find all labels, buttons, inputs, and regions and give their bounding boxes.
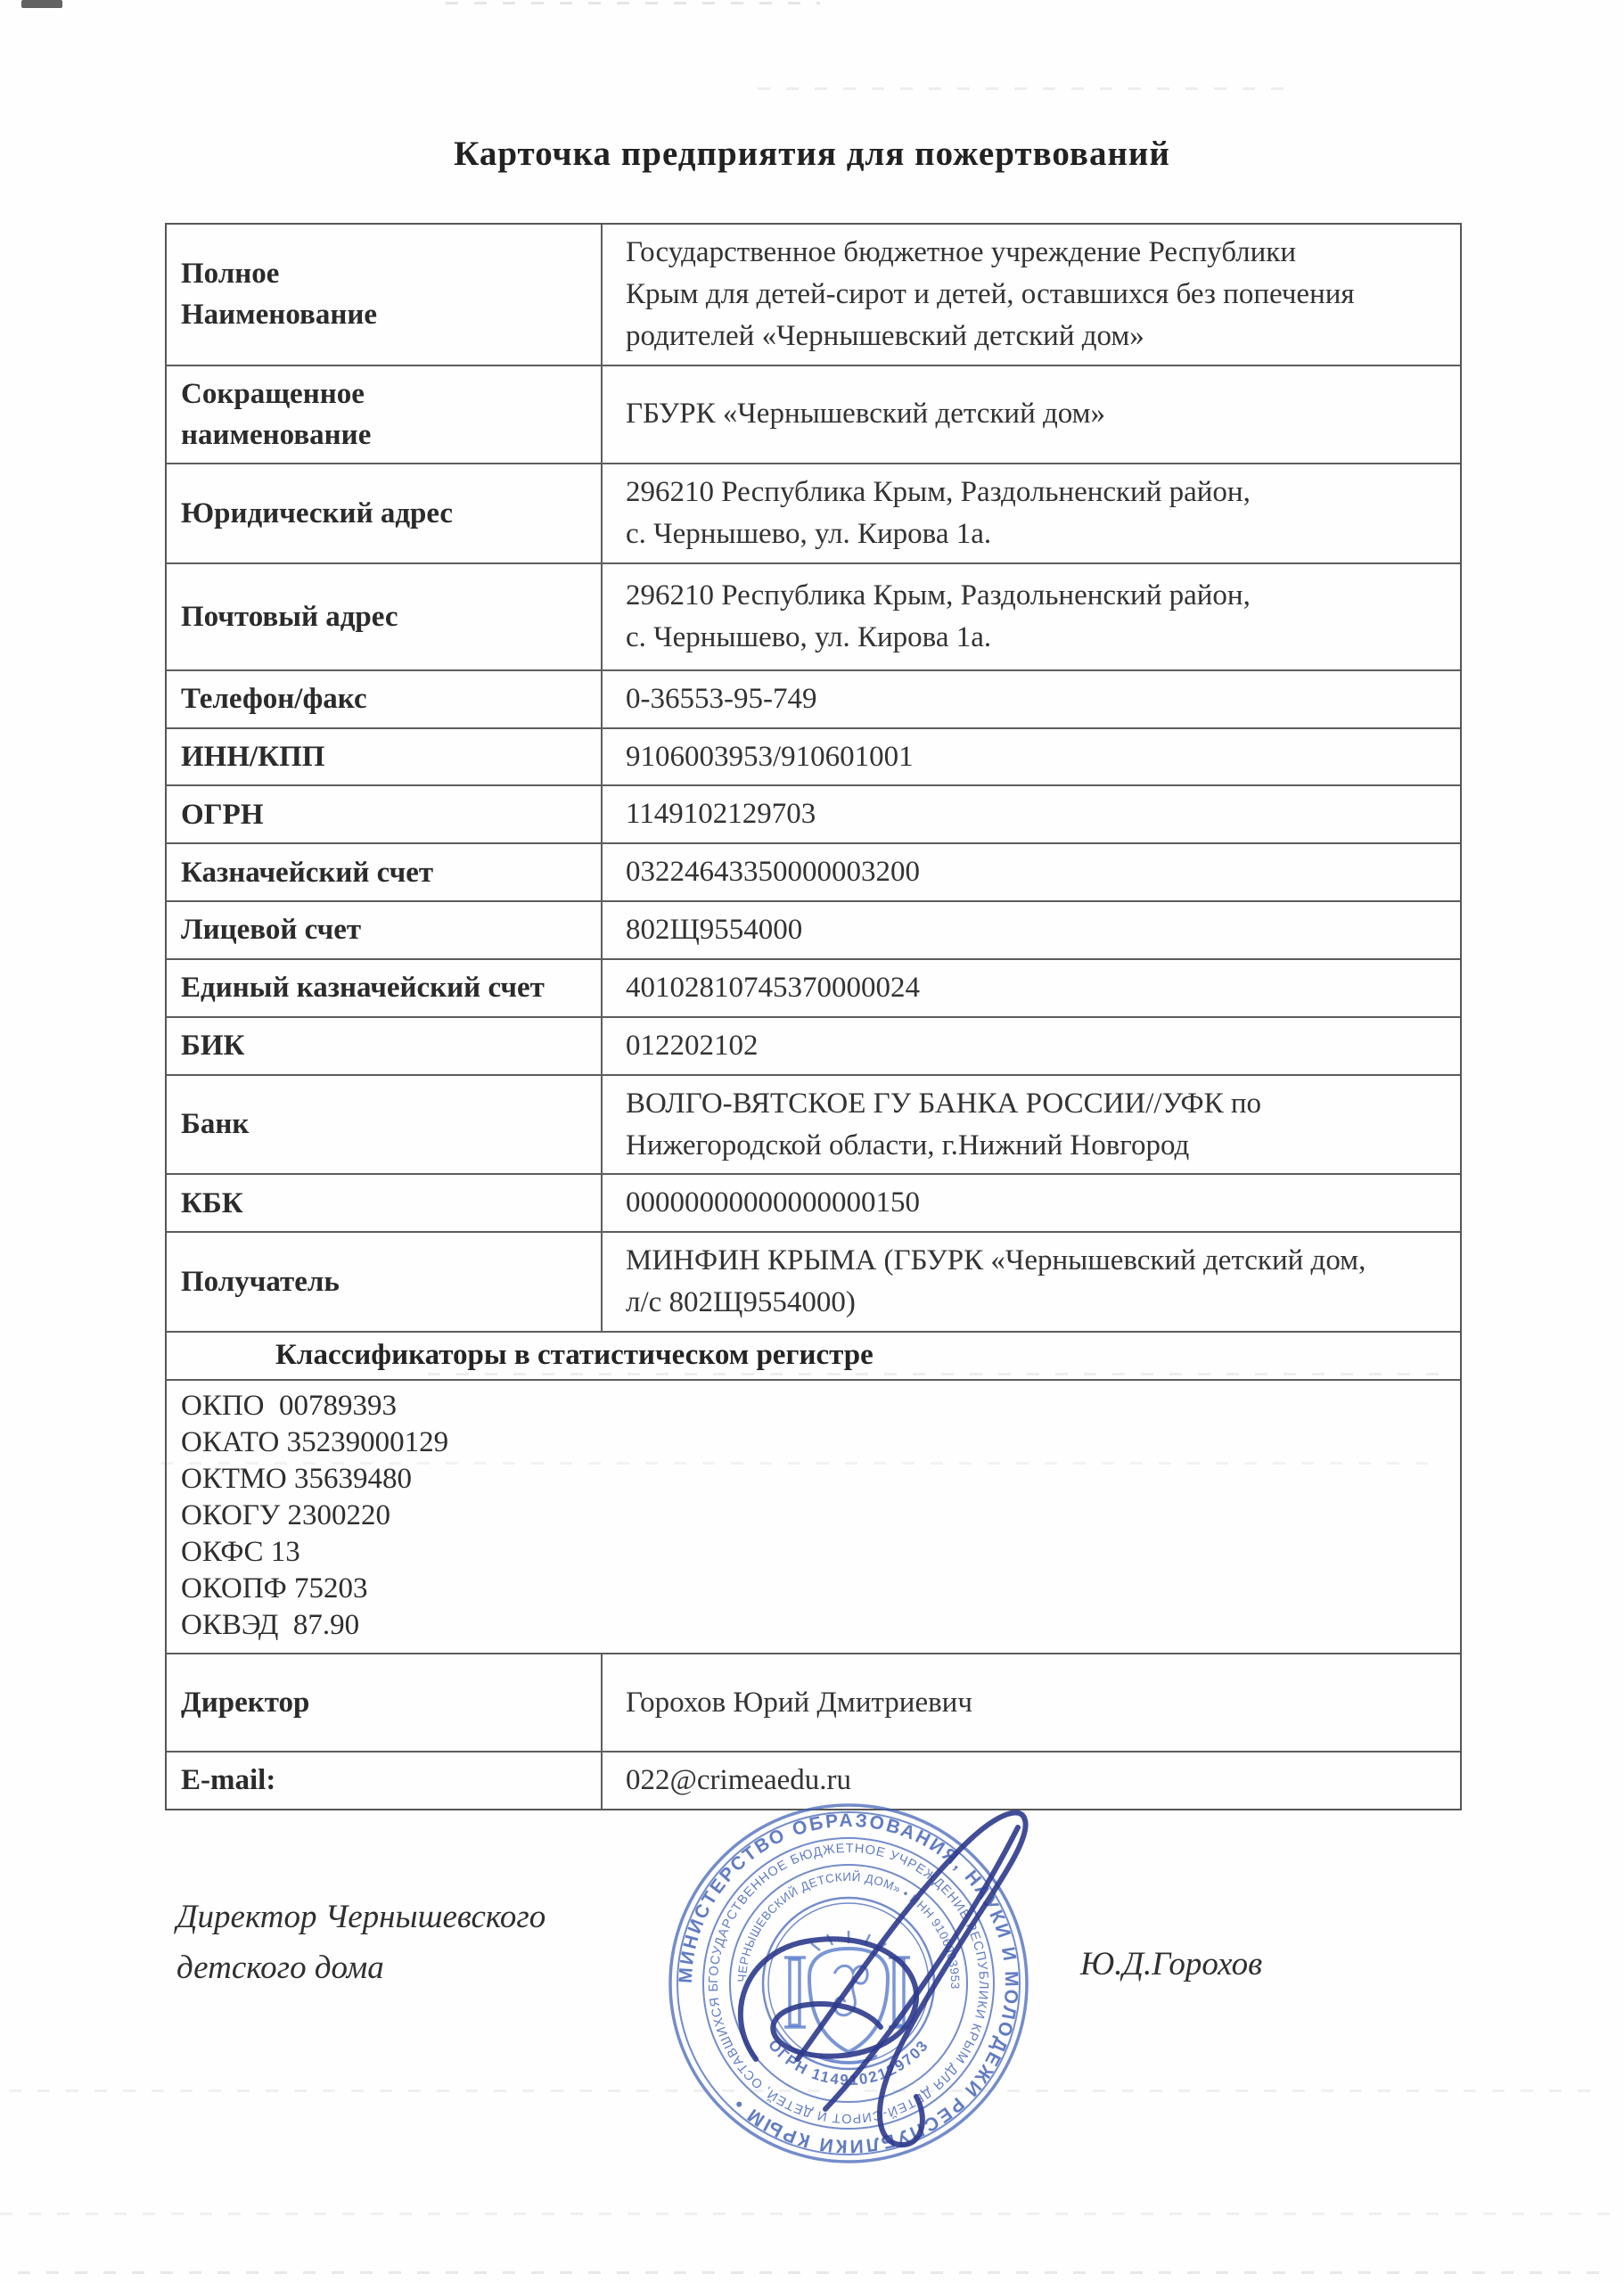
table-row-short-name: Сокращенное наименование ГБУРК «Чернышев… xyxy=(167,365,1460,463)
row-value: 03224643350000003200 xyxy=(603,844,1460,900)
value-text: 1149102129703 xyxy=(626,793,816,835)
label-text: Лицевой счет xyxy=(181,909,361,950)
signatory-title-line2: детского дома xyxy=(176,1942,545,1993)
classifier-okpo: ОКПО 00789393 xyxy=(181,1388,1451,1424)
row-value: ГБУРК «Чернышевский детский дом» xyxy=(603,366,1460,463)
row-label: Почтовый адрес xyxy=(167,564,603,669)
row-value: 802Щ9554000 xyxy=(603,902,1460,958)
row-value: 40102810745370000024 xyxy=(603,960,1460,1016)
classifiers-block: ОКПО 00789393 ОКАТО 35239000129 ОКТМО 35… xyxy=(167,1379,1460,1653)
row-value: Государственное бюджетное учреждение Рес… xyxy=(603,225,1460,365)
stamp-emblem xyxy=(784,1931,910,2063)
row-label: Единый казначейский счет xyxy=(167,960,603,1016)
value-text: 00000000000000000150 xyxy=(626,1182,920,1224)
scan-artifact xyxy=(18,2271,1604,2274)
row-label: ИНН/КПП xyxy=(167,729,603,785)
signatory-title: Директор Чернышевского детского дома xyxy=(176,1892,545,1994)
row-value: 00000000000000000150 xyxy=(603,1175,1460,1231)
classifier-okved: ОКВЭД 87.90 xyxy=(181,1607,1451,1644)
label-text: Директор xyxy=(181,1682,309,1723)
table-row-recipient: Получатель МИНФИН КРЫМА (ГБУРК «Чернышев… xyxy=(167,1231,1460,1331)
table-row-phone-fax: Телефон/факс 0-36553-95-749 xyxy=(167,669,1460,727)
table-row-director: Директор Горохов Юрий Дмитриевич xyxy=(167,1653,1460,1751)
label-text: Почтовый адрес xyxy=(181,596,398,637)
row-value: МИНФИН КРЫМА (ГБУРК «Чернышевский детски… xyxy=(603,1233,1460,1331)
scan-artifact xyxy=(758,87,1292,90)
value-text: Горохов Юрий Дмитриевич xyxy=(626,1682,972,1724)
value-text: 0-36553-95-749 xyxy=(626,678,816,720)
page-title: Карточка предприятия для пожертвований xyxy=(0,134,1624,174)
label-text: Телефон/факс xyxy=(181,678,367,719)
label-text: Получатель xyxy=(181,1261,340,1302)
value-text: 296210 Республика Крым, Раздольненский р… xyxy=(626,575,1251,659)
row-value: 9106003953/910601001 xyxy=(603,729,1460,785)
scan-ink-mark xyxy=(21,0,62,8)
classifier-okopf: ОКОПФ 75203 xyxy=(181,1571,1451,1607)
label-text: ИНН/КПП xyxy=(181,736,324,777)
row-label: Банк xyxy=(167,1076,603,1174)
signatory-title-line1: Директор Чернышевского xyxy=(176,1892,545,1942)
row-label: БИК xyxy=(167,1018,603,1074)
label-text: Банк xyxy=(181,1104,249,1145)
company-card-table: Полное Наименование Государственное бюдж… xyxy=(165,223,1462,1810)
row-label: Получатель xyxy=(167,1233,603,1331)
value-text: 9106003953/910601001 xyxy=(626,736,914,778)
label-text: ОГРН xyxy=(181,794,264,835)
row-label: ОГРН xyxy=(167,786,603,842)
table-row-legal-address: Юридический адрес 296210 Республика Крым… xyxy=(167,463,1460,562)
table-row-treasury-account: Казначейский счет 03224643350000003200 xyxy=(167,842,1460,900)
label-text: Единый казначейский счет xyxy=(181,967,545,1008)
table-row-inn-kpp: ИНН/КПП 9106003953/910601001 xyxy=(167,727,1460,785)
label-text: Сокращенное наименование xyxy=(181,373,371,456)
row-value: 296210 Республика Крым, Раздольненский р… xyxy=(603,464,1460,562)
official-stamp: МИНИСТЕРСТВО ОБРАЗОВАНИЯ, НАУКИ И МОЛОДЕ… xyxy=(615,1745,1114,2218)
stamp-rings xyxy=(670,1805,1027,2162)
classifiers-section-title: Классификаторы в статистическом регистре xyxy=(167,1334,882,1377)
table-row-bank: Банк ВОЛГО-ВЯТСКОЕ ГУ БАНКА РОССИИ//УФК … xyxy=(167,1074,1460,1174)
value-text: ГБУРК «Чернышевский детский дом» xyxy=(626,393,1105,435)
row-label: E-mail: xyxy=(167,1753,603,1809)
row-label: Директор xyxy=(167,1654,603,1751)
label-text: КБК xyxy=(181,1183,243,1224)
signatory-name: Ю.Д.Горохов xyxy=(1080,1945,1262,1983)
row-label: Юридический адрес xyxy=(167,464,603,562)
table-row-kbk: КБК 00000000000000000150 xyxy=(167,1173,1460,1231)
row-value: ВОЛГО-ВЯТСКОЕ ГУ БАНКА РОССИИ//УФК по Ни… xyxy=(603,1076,1460,1174)
row-label: Казначейский счет xyxy=(167,844,603,900)
table-row-full-name: Полное Наименование Государственное бюдж… xyxy=(167,225,1460,365)
row-label: КБК xyxy=(167,1175,603,1231)
value-text: 012202102 xyxy=(626,1025,759,1067)
value-text: ВОЛГО-ВЯТСКОЕ ГУ БАНКА РОССИИ//УФК по Ни… xyxy=(626,1083,1261,1167)
row-label: Телефон/факс xyxy=(167,671,603,727)
classifier-okogu: ОКОГУ 2300220 xyxy=(181,1498,1451,1534)
label-text: Юридический адрес xyxy=(181,493,453,534)
classifiers-list: ОКПО 00789393 ОКАТО 35239000129 ОКТМО 35… xyxy=(167,1381,1460,1653)
table-row-personal-account: Лицевой счет 802Щ9554000 xyxy=(167,900,1460,958)
value-text: 296210 Республика Крым, Раздольненский р… xyxy=(626,472,1251,555)
label-text: Полное Наименование xyxy=(181,253,377,335)
classifiers-section-header-row: Классификаторы в статистическом регистре xyxy=(167,1331,1460,1379)
row-value: 1149102129703 xyxy=(603,786,1460,842)
value-text: 802Щ9554000 xyxy=(626,909,802,951)
label-text: Казначейский счет xyxy=(181,852,433,893)
row-label: Полное Наименование xyxy=(167,225,603,365)
value-text: Государственное бюджетное учреждение Рес… xyxy=(626,232,1355,357)
row-value: 0-36553-95-749 xyxy=(603,671,1460,727)
value-text: МИНФИН КРЫМА (ГБУРК «Чернышевский детски… xyxy=(626,1240,1366,1324)
row-value: 012202102 xyxy=(603,1018,1460,1074)
scan-artifact xyxy=(446,2,820,4)
value-text: 03224643350000003200 xyxy=(626,851,920,893)
label-text: E-mail: xyxy=(181,1760,275,1801)
row-label: Лицевой счет xyxy=(167,902,603,958)
row-value: Горохов Юрий Дмитриевич xyxy=(603,1654,1460,1751)
table-row-unified-treasury-account: Единый казначейский счет 401028107453700… xyxy=(167,958,1460,1016)
row-value: 296210 Республика Крым, Раздольненский р… xyxy=(603,564,1460,669)
table-row-bik: БИК 012202102 xyxy=(167,1016,1460,1074)
document-page: Карточка предприятия для пожертвований П… xyxy=(0,0,1624,2282)
table-row-postal-address: Почтовый адрес 296210 Республика Крым, Р… xyxy=(167,562,1460,669)
label-text: БИК xyxy=(181,1025,244,1066)
value-text: 40102810745370000024 xyxy=(626,967,920,1009)
classifier-okfs: ОКФС 13 xyxy=(181,1534,1451,1571)
table-row-ogrn: ОГРН 1149102129703 xyxy=(167,784,1460,842)
classifier-oktmo: ОКТМО 35639480 xyxy=(181,1461,1451,1498)
classifier-okato: ОКАТО 35239000129 xyxy=(181,1424,1451,1461)
row-label: Сокращенное наименование xyxy=(167,366,603,463)
